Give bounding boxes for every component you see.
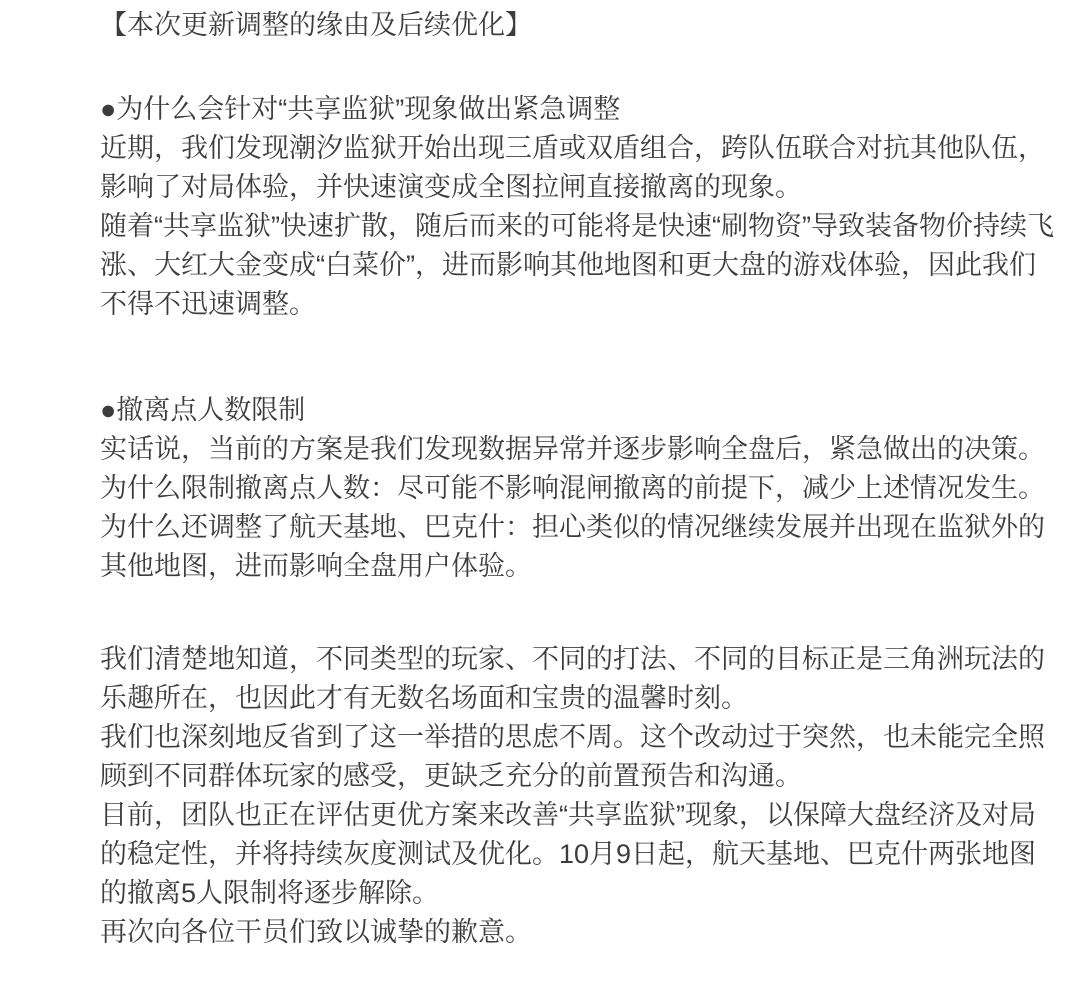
paragraph: 目前，团队也正在评估更优方案来改善“共享监狱”现象，以保障大盘经济及对局的稳定性… <box>100 796 1058 913</box>
paragraph: 实话说，当前的方案是我们发现数据异常并逐步影响全盘后，紧急做出的决策。 <box>100 430 1058 469</box>
paragraph: 为什么还调整了航天基地、巴克什：担心类似的情况继续发展并出现在监狱外的其他地图，… <box>100 508 1058 586</box>
section-heading: ●撤离点人数限制 <box>100 391 1058 430</box>
section-reflection-apology: 我们清楚地知道，不同类型的玩家、不同的打法、不同的目标正是三角洲玩法的乐趣所在，… <box>100 640 1058 952</box>
paragraph: 随着“共享监狱”快速扩散，随后而来的可能将是快速“刷物资”导致装备物价持续飞涨、… <box>100 207 1058 324</box>
section-extraction-limit: ●撤离点人数限制 实话说，当前的方案是我们发现数据异常并逐步影响全盘后，紧急做出… <box>100 391 1058 586</box>
paragraph: 近期，我们发现潮汐监狱开始出现三盾或双盾组合，跨队伍联合对抗其他队伍，影响了对局… <box>100 129 1058 207</box>
paragraph: 我们也深刻地反省到了这一举措的思虑不周。这个改动过于突然，也未能完全照顾到不同群… <box>100 718 1058 796</box>
paragraph: 为什么限制撤离点人数：尽可能不影响混闸撤离的前提下，减少上述情况发生。 <box>100 469 1058 508</box>
paragraph: 再次向各位干员们致以诚挚的歉意。 <box>100 913 1058 952</box>
paragraph: 我们清楚地知道，不同类型的玩家、不同的打法、不同的目标正是三角洲玩法的乐趣所在，… <box>100 640 1058 718</box>
section-shared-prison-reason: ●为什么会针对“共享监狱”现象做出紧急调整 近期，我们发现潮汐监狱开始出现三盾或… <box>100 90 1058 324</box>
document-title: 【本次更新调整的缘由及后续优化】 <box>100 6 1058 45</box>
section-heading: ●为什么会针对“共享监狱”现象做出紧急调整 <box>100 90 1058 129</box>
announcement-document: 【本次更新调整的缘由及后续优化】 ●为什么会针对“共享监狱”现象做出紧急调整 近… <box>0 0 1080 952</box>
